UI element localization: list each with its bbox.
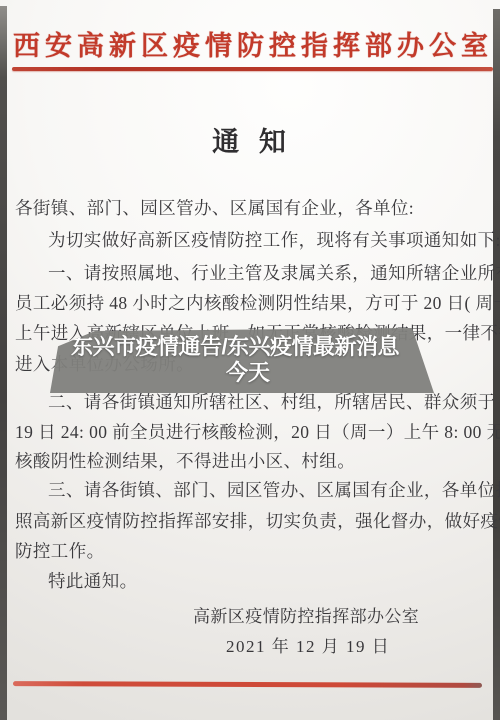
footer-rule <box>13 681 482 688</box>
notice-title: 通 知 <box>0 120 500 159</box>
photo-edge-left <box>0 6 7 720</box>
photo-edge-right <box>493 9 500 720</box>
body-line: 照高新区疫情防控指挥部安排，切实负责，强化督办，做好疫情 <box>15 508 489 533</box>
letterhead-org-name: 西安高新区疫情防控指挥部办公室 <box>13 24 499 63</box>
body-line: 一、请按照属地、行业主管及隶属关系，通知所辖企业所有 <box>15 260 489 285</box>
caption-subtitle: 今天 <box>226 360 270 385</box>
document-photo: 西安高新区疫情防控指挥部办公室 通 知 各街镇、部门、园区管办、区属国有企业，各… <box>0 0 500 720</box>
body-line: 防控工作。 <box>15 538 489 563</box>
letterhead-rule <box>12 67 493 71</box>
caption-title: 东兴市疫情通告/东兴疫情最新消息 <box>71 334 399 360</box>
body-line: 19 日 24: 00 前全员进行核酸检测，20 日（周一）上午 8: 00 无 <box>15 419 489 444</box>
notice-salutation: 各街镇、部门、园区管办、区属国有企业，各单位: <box>15 195 489 220</box>
caption-overlay: 东兴市疫情通告/东兴疫情最新消息 今天 <box>50 328 434 393</box>
notice-date: 2021 年 12 月 19 日 <box>226 632 390 657</box>
body-line: 核酸阴性检测结果，不得进出小区、村组。 <box>15 448 489 473</box>
body-line: 员工必须持 48 小时之内核酸检测阴性结果，方可于 20 日( 周一 ) <box>15 290 489 315</box>
body-line: 为切实做好高新区疫情防控工作，现将有关事项通知如下: <box>15 227 489 252</box>
body-line: 三、请各街镇、部门、园区管办、区属国有企业，各单位按 <box>15 477 489 502</box>
body-line: 特此通知。 <box>15 568 489 593</box>
notice-signature: 高新区疫情防控指挥部办公室 <box>193 602 419 627</box>
